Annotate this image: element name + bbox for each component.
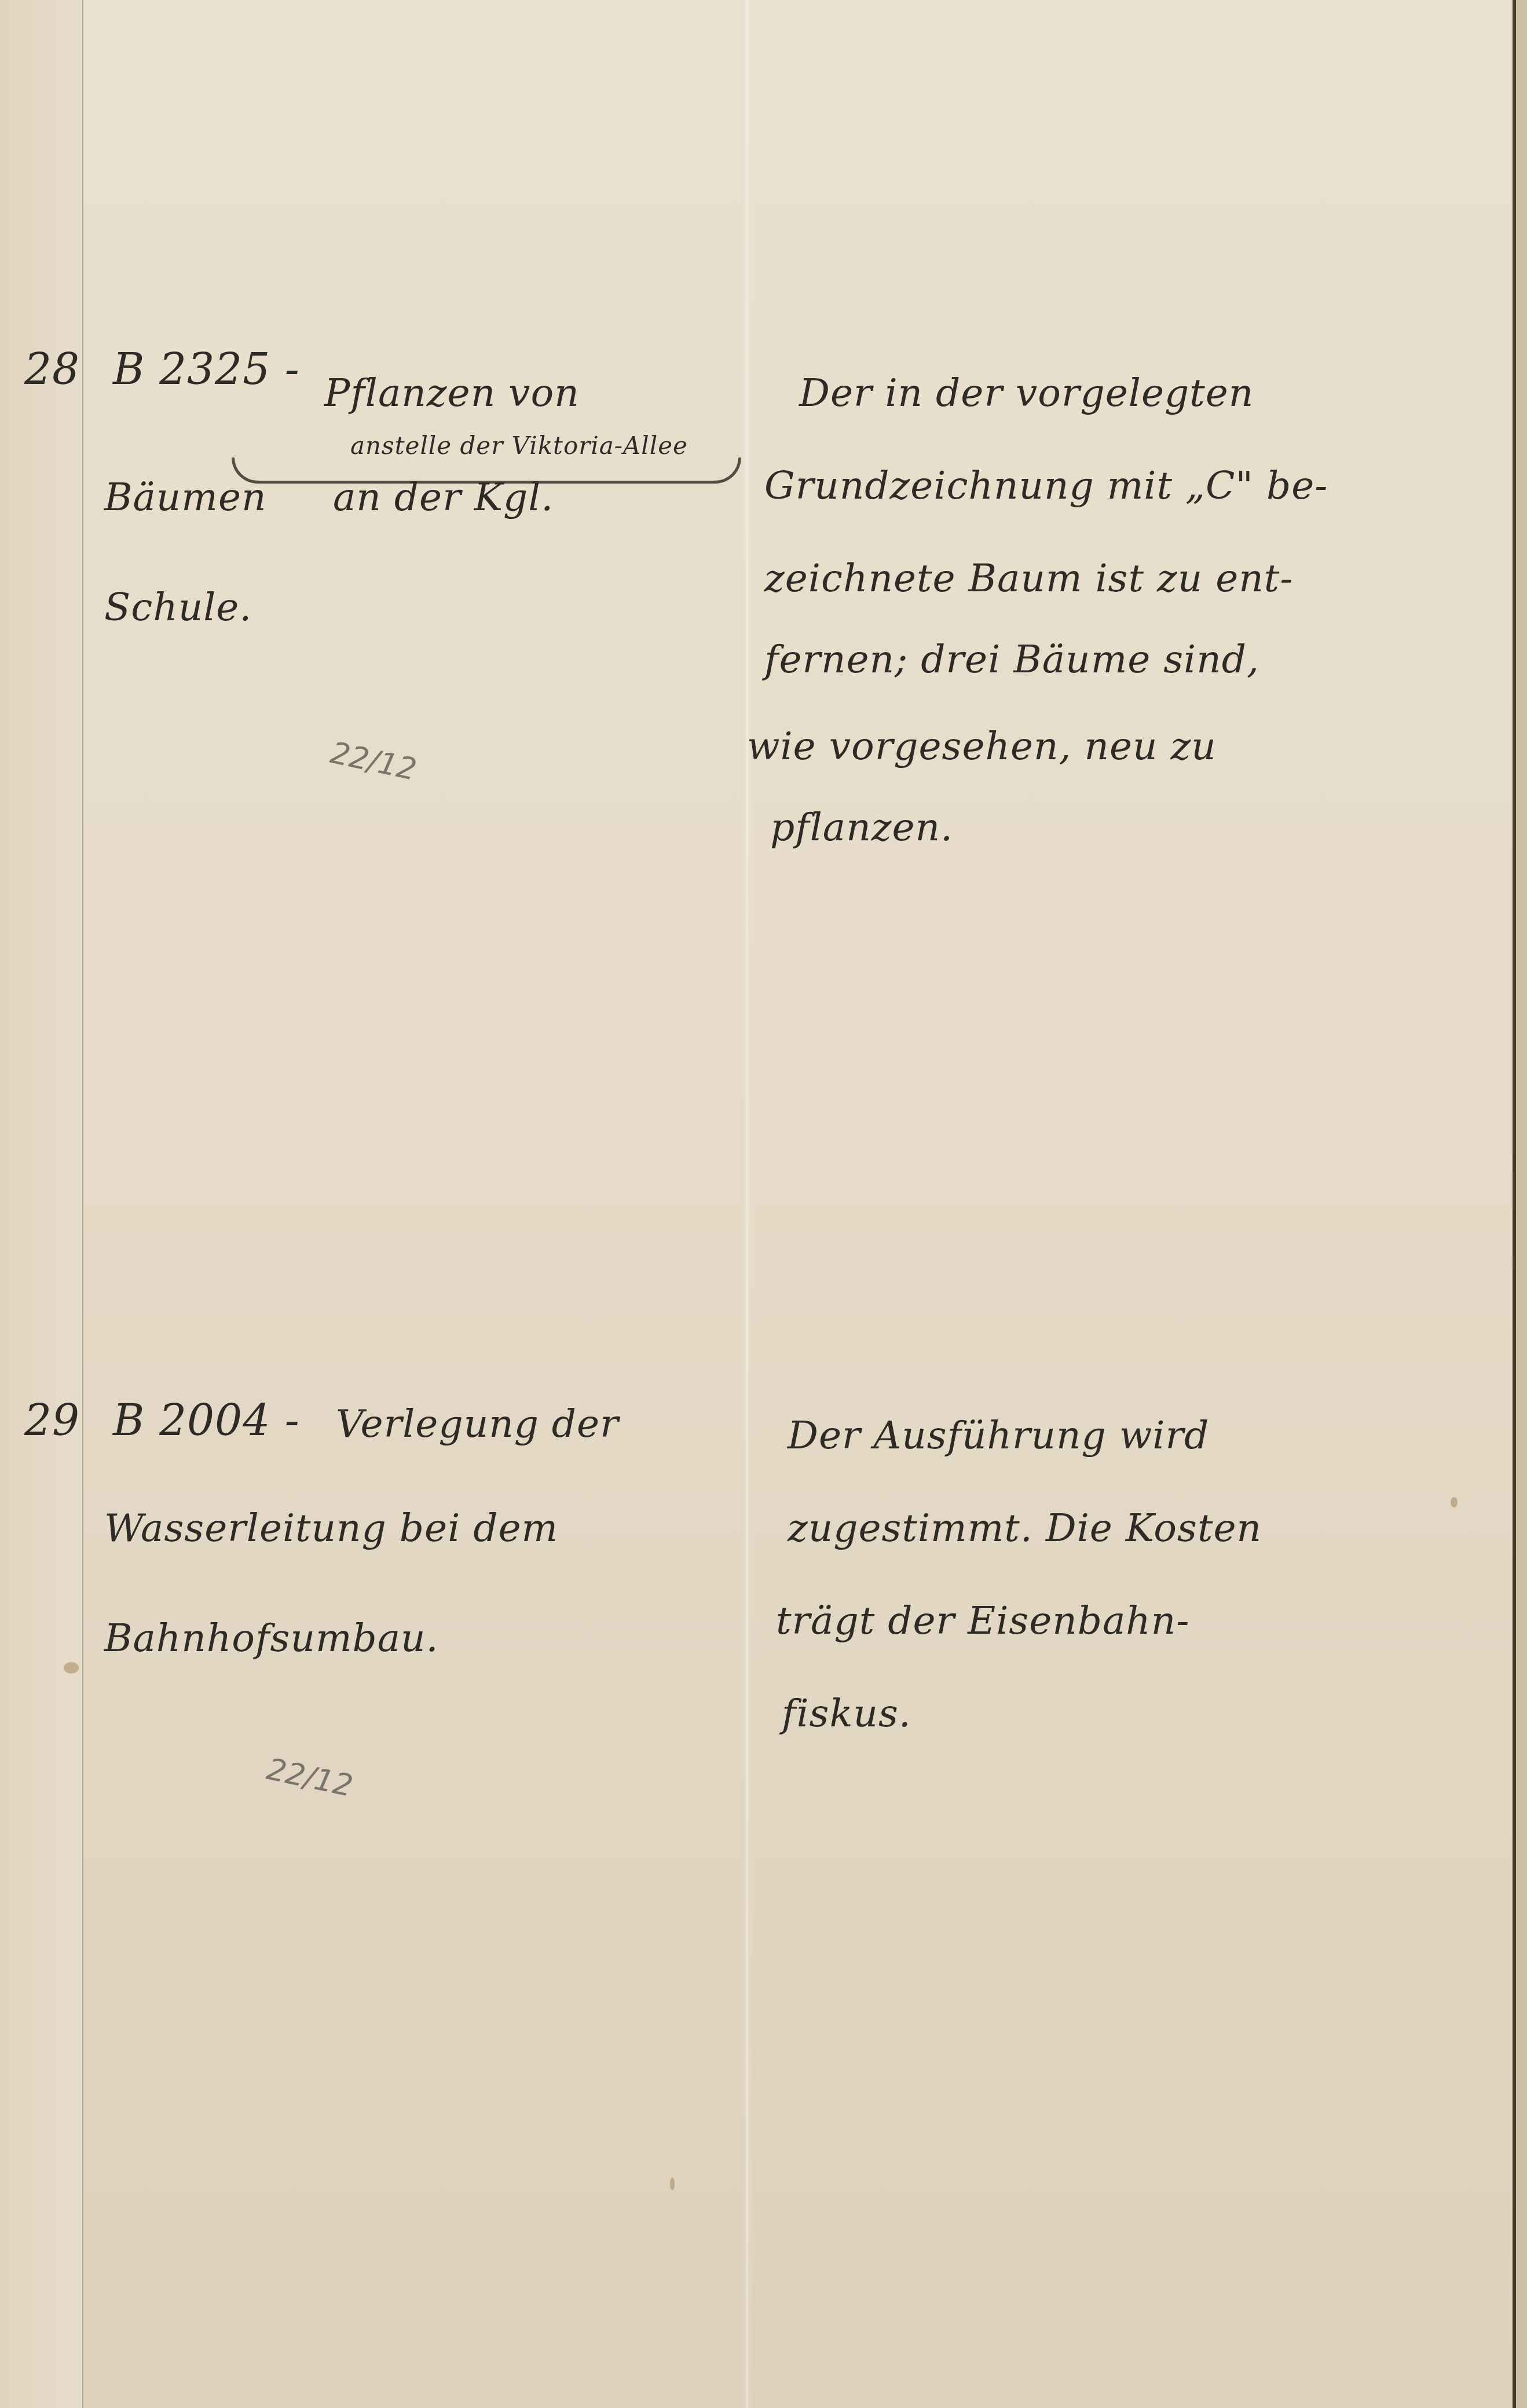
entry-reference: B 2325 - <box>113 345 300 394</box>
entry-reference: B 2004 - <box>113 1396 300 1445</box>
subject-line: Wasserleitung bei dem <box>104 1506 558 1550</box>
adjacent-page-edge <box>1516 0 1527 2408</box>
decision-line: Grundzeichnung mit „C" be- <box>764 463 1328 508</box>
subject-line: Verlegung der <box>336 1401 619 1446</box>
subject-line: Bäumen <box>104 475 267 519</box>
decision-line: trägt der Eisenbahn- <box>776 1598 1190 1643</box>
paper-stain <box>1451 1497 1458 1507</box>
decision-line: pflanzen. <box>770 805 953 850</box>
decision-line: zugestimmt. Die Kosten <box>788 1506 1262 1550</box>
column-divider <box>746 0 748 2408</box>
subject-line: Pflanzen von <box>324 371 580 415</box>
date-note: 22/12 <box>327 735 419 788</box>
decision-line: Der in der vorgelegten <box>799 371 1254 415</box>
decision-line: wie vorgesehen, neu zu <box>747 724 1217 768</box>
decision-line: fiskus. <box>782 1691 911 1736</box>
margin-rule <box>82 0 83 2408</box>
decision-line: zeichnete Baum ist zu ent- <box>764 556 1294 601</box>
decision-line: fernen; drei Bäume sind, <box>764 637 1259 682</box>
interlinear-insertion: anstelle der Viktoria-Allee <box>350 431 688 460</box>
entry-number: 28 <box>24 345 80 394</box>
paper-stain <box>64 1662 79 1674</box>
subject-line: Schule. <box>104 585 252 630</box>
decision-line: Der Ausführung wird <box>788 1413 1209 1458</box>
document-page: 28 B 2325 - Pflanzen von anstelle der Vi… <box>0 0 1527 2408</box>
subject-line: an der Kgl. <box>333 475 554 519</box>
subject-line: Bahnhofsumbau. <box>104 1616 439 1660</box>
paper-stain <box>670 2178 675 2190</box>
date-note: 22/12 <box>263 1752 356 1804</box>
entry-number: 29 <box>24 1396 80 1445</box>
